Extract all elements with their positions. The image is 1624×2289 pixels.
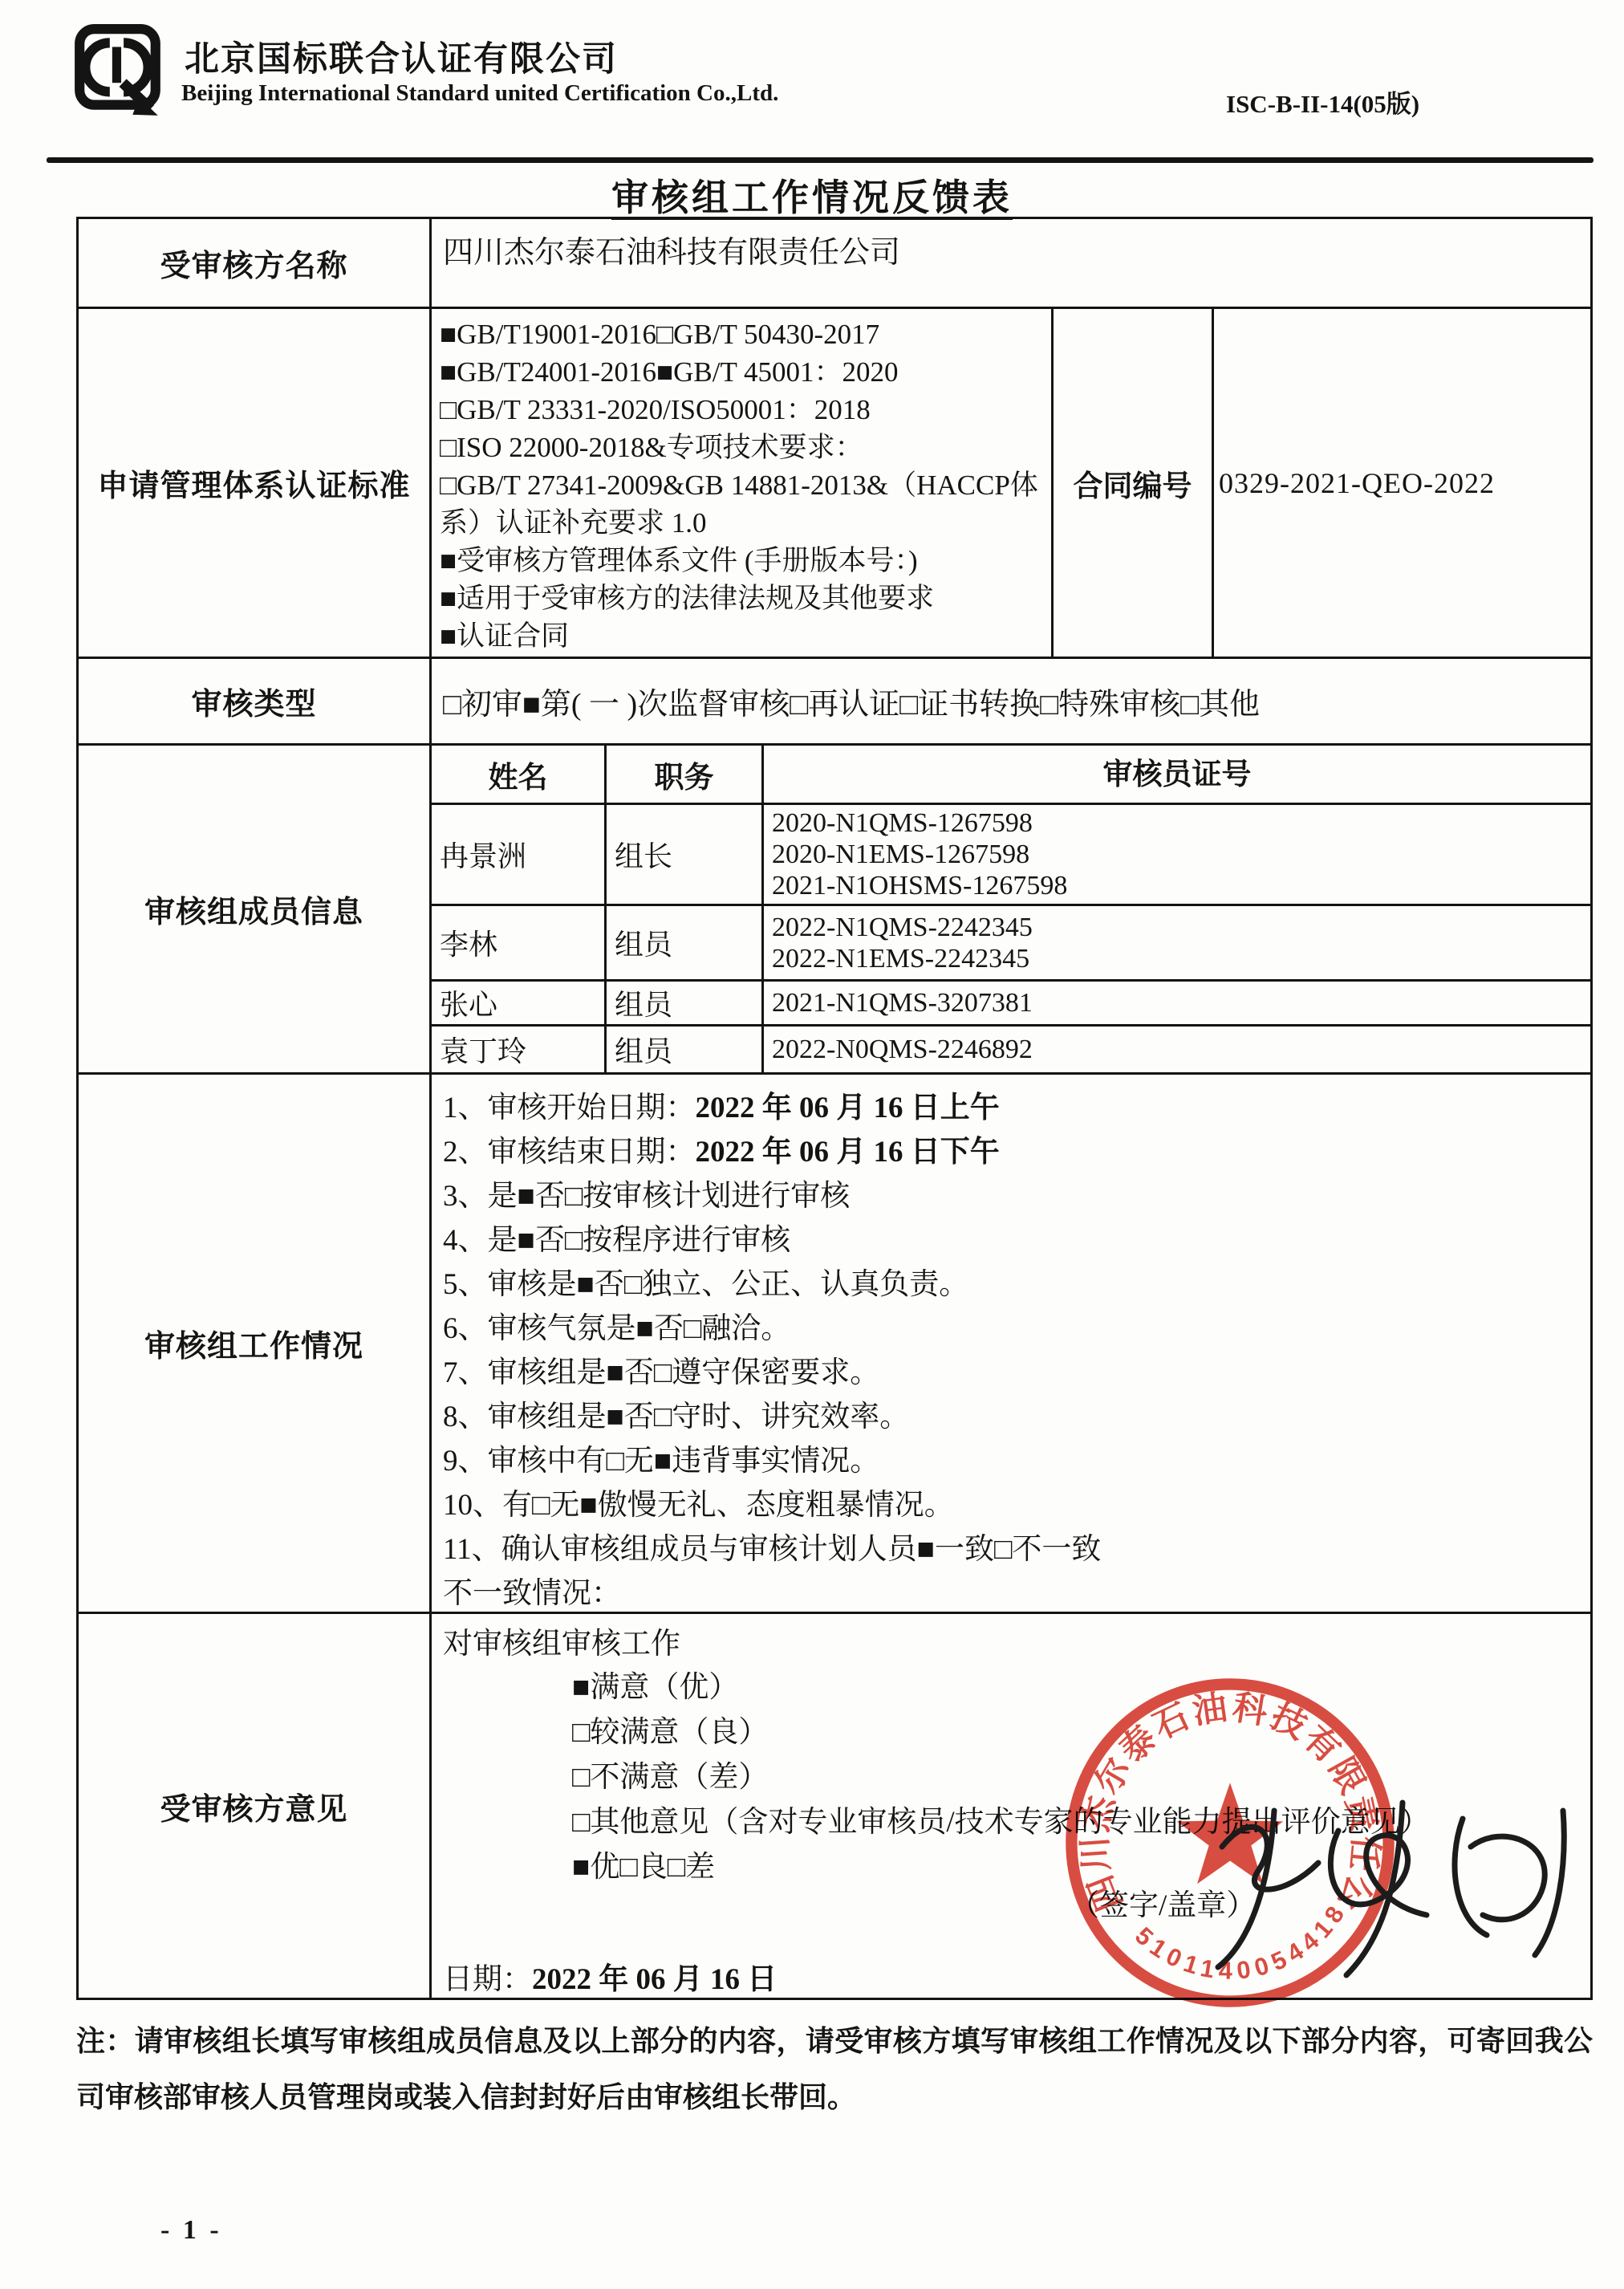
col-role: 职务 <box>607 746 764 803</box>
member-name: 冉景洲 <box>432 805 607 904</box>
work-item: 6、审核气氛是■否□融洽。 <box>443 1307 1585 1351</box>
auditee-row: 受审核方名称 四川杰尔泰石油科技有限责任公司 <box>79 219 1590 309</box>
company-name-chinese: 北京国标联合认证有限公司 <box>185 32 618 81</box>
team-members-table: 姓名 职务 审核员证号 冉景洲 组长 2020-N1QMS-1267598 20… <box>432 746 1590 1072</box>
standard-line: ■适用于受审核方的法律法规及其他要求 <box>440 579 1048 617</box>
standard-line: □ISO 22000-2018&专项技术要求： <box>440 429 1048 466</box>
audit-type-row: 审核类型 □初审■第( 一 )次监督审核□再认证□证书转换□特殊审核□其他 <box>79 659 1590 746</box>
standards-checklist: ■GB/T19001-2016□GB/T 50430-2017 ■GB/T240… <box>432 309 1054 657</box>
member-role: 组员 <box>607 906 764 979</box>
table-row: 张心 组员 2021-N1QMS-3207381 <box>432 982 1590 1027</box>
feedback-form-table: 受审核方名称 四川杰尔泰石油科技有限责任公司 申请管理体系认证标准 ■GB/T1… <box>76 217 1593 2000</box>
member-certs: 2021-N1QMS-3207381 <box>764 982 1590 1024</box>
work-situation-row: 审核组工作情况 1、审核开始日期：2022 年 06 月 16 日上午 2、审核… <box>79 1075 1590 1614</box>
form-code: ISC-B-II-14(05版) <box>1226 83 1419 120</box>
opinion-date: 日期：2022 年 06 月 16 日 <box>443 1954 777 1998</box>
work-item: 11、确认审核组成员与审核计划人员■一致□不一致 <box>443 1527 1585 1571</box>
work-item: 1、审核开始日期：2022 年 06 月 16 日上午 <box>443 1086 1585 1130</box>
work-situation-content: 1、审核开始日期：2022 年 06 月 16 日上午 2、审核结束日期：202… <box>432 1075 1590 1612</box>
table-row: 李林 组员 2022-N1QMS-2242345 2022-N1EMS-2242… <box>432 906 1590 982</box>
contract-number-label: 合同编号 <box>1054 309 1214 657</box>
standard-line: ■GB/T19001-2016□GB/T 50430-2017 <box>440 315 1048 353</box>
auditee-label: 受审核方名称 <box>79 219 432 307</box>
table-row: 袁丁玲 组员 2022-N0QMS-2246892 <box>432 1027 1590 1072</box>
standards-row: 申请管理体系认证标准 ■GB/T19001-2016□GB/T 50430-20… <box>79 309 1590 659</box>
work-item: 8、审核组是■否□守时、讲究效率。 <box>443 1395 1585 1439</box>
standard-line: ■GB/T24001-2016■GB/T 45001：2020 <box>440 353 1048 391</box>
work-item: 10、有□无■傲慢无礼、态度粗暴情况。 <box>443 1483 1585 1527</box>
member-name: 张心 <box>432 982 607 1024</box>
member-name: 李林 <box>432 906 607 979</box>
standard-line: ■认证合同 <box>440 617 1048 655</box>
company-name-english: Beijing International Standard united Ce… <box>181 80 778 107</box>
cert-line: 2022-N1QMS-2242345 <box>772 912 1033 943</box>
work-item: 7、审核组是■否□遵守保密要求。 <box>443 1351 1585 1395</box>
audit-type-label: 审核类型 <box>79 659 432 743</box>
handwritten-signature <box>1198 1787 1599 1987</box>
member-certs: 2022-N0QMS-2246892 <box>764 1027 1590 1072</box>
scanned-form-page: 北京国标联合认证有限公司 Beijing International Stand… <box>0 0 1624 2289</box>
col-cert-no: 审核员证号 <box>764 746 1590 803</box>
work-item-inconsistency: 不一致情况： <box>443 1571 1585 1616</box>
page-number: - 1 - <box>160 2215 222 2246</box>
member-role: 组长 <box>607 805 764 904</box>
standard-line: ■受审核方管理体系文件 (手册版本号：) <box>440 542 1048 579</box>
member-certs: 2020-N1QMS-1267598 2020-N1EMS-1267598 20… <box>764 805 1590 904</box>
cert-line: 2022-N0QMS-2246892 <box>772 1034 1033 1065</box>
form-title: 审核组工作情况反馈表 <box>0 169 1624 222</box>
team-header-row: 姓名 职务 审核员证号 <box>432 746 1590 805</box>
team-label: 审核组成员信息 <box>79 746 432 1072</box>
opinion-heading: 对审核组审核工作 <box>432 1614 1590 1665</box>
cert-line: 2020-N1QMS-1267598 <box>772 807 1033 839</box>
auditee-value: 四川杰尔泰石油科技有限责任公司 <box>432 219 1590 307</box>
work-item: 2、审核结束日期：2022 年 06 月 16 日下午 <box>443 1130 1585 1174</box>
work-item: 9、审核中有□无■违背事实情况。 <box>443 1439 1585 1483</box>
member-role: 组员 <box>607 982 764 1024</box>
audit-type-value: □初审■第( 一 )次监督审核□再认证□证书转换□特殊审核□其他 <box>432 659 1590 743</box>
cert-line: 2021-N1OHSMS-1267598 <box>772 870 1067 901</box>
contract-number-value: 0329-2021-QEO-2022 <box>1214 309 1590 657</box>
work-situation-label: 审核组工作情况 <box>79 1075 432 1612</box>
opinion-row: 受审核方意见 对审核组审核工作 ■满意（优） □较满意（良） □不满意（差） □… <box>79 1614 1590 1998</box>
opinion-content: 对审核组审核工作 ■满意（优） □较满意（良） □不满意（差） □其他意见（含对… <box>432 1614 1590 1998</box>
header-divider <box>47 157 1594 163</box>
table-row: 冉景洲 组长 2020-N1QMS-1267598 2020-N1EMS-126… <box>432 805 1590 906</box>
form-footnote: 注：请审核组长填写审核组成员信息及以上部分的内容，请受审核方填写审核组工作情况及… <box>76 2013 1593 2125</box>
cert-line: 2020-N1EMS-1267598 <box>772 839 1029 870</box>
cert-line: 2021-N1QMS-3207381 <box>772 987 1033 1018</box>
member-name: 袁丁玲 <box>432 1027 607 1072</box>
standards-label: 申请管理体系认证标准 <box>79 309 432 657</box>
member-certs: 2022-N1QMS-2242345 2022-N1EMS-2242345 <box>764 906 1590 979</box>
standard-line: □GB/T 27341-2009&GB 14881-2013&（HACCP体系）… <box>440 466 1048 542</box>
cert-line: 2022-N1EMS-2242345 <box>772 943 1029 974</box>
standard-line: □GB/T 23331-2020/ISO50001：2018 <box>440 391 1048 429</box>
team-row: 审核组成员信息 姓名 职务 审核员证号 冉景洲 组长 2020-N1QMS-12… <box>79 746 1590 1075</box>
col-name: 姓名 <box>432 746 607 803</box>
work-item: 5、审核是■否□独立、公正、认真负责。 <box>443 1262 1585 1307</box>
work-item: 4、是■否□按程序进行审核 <box>443 1218 1585 1262</box>
isc-certification-logo-icon <box>74 24 164 122</box>
opinion-label: 受审核方意见 <box>79 1614 432 1998</box>
work-item: 3、是■否□按审核计划进行审核 <box>443 1174 1585 1218</box>
member-role: 组员 <box>607 1027 764 1072</box>
